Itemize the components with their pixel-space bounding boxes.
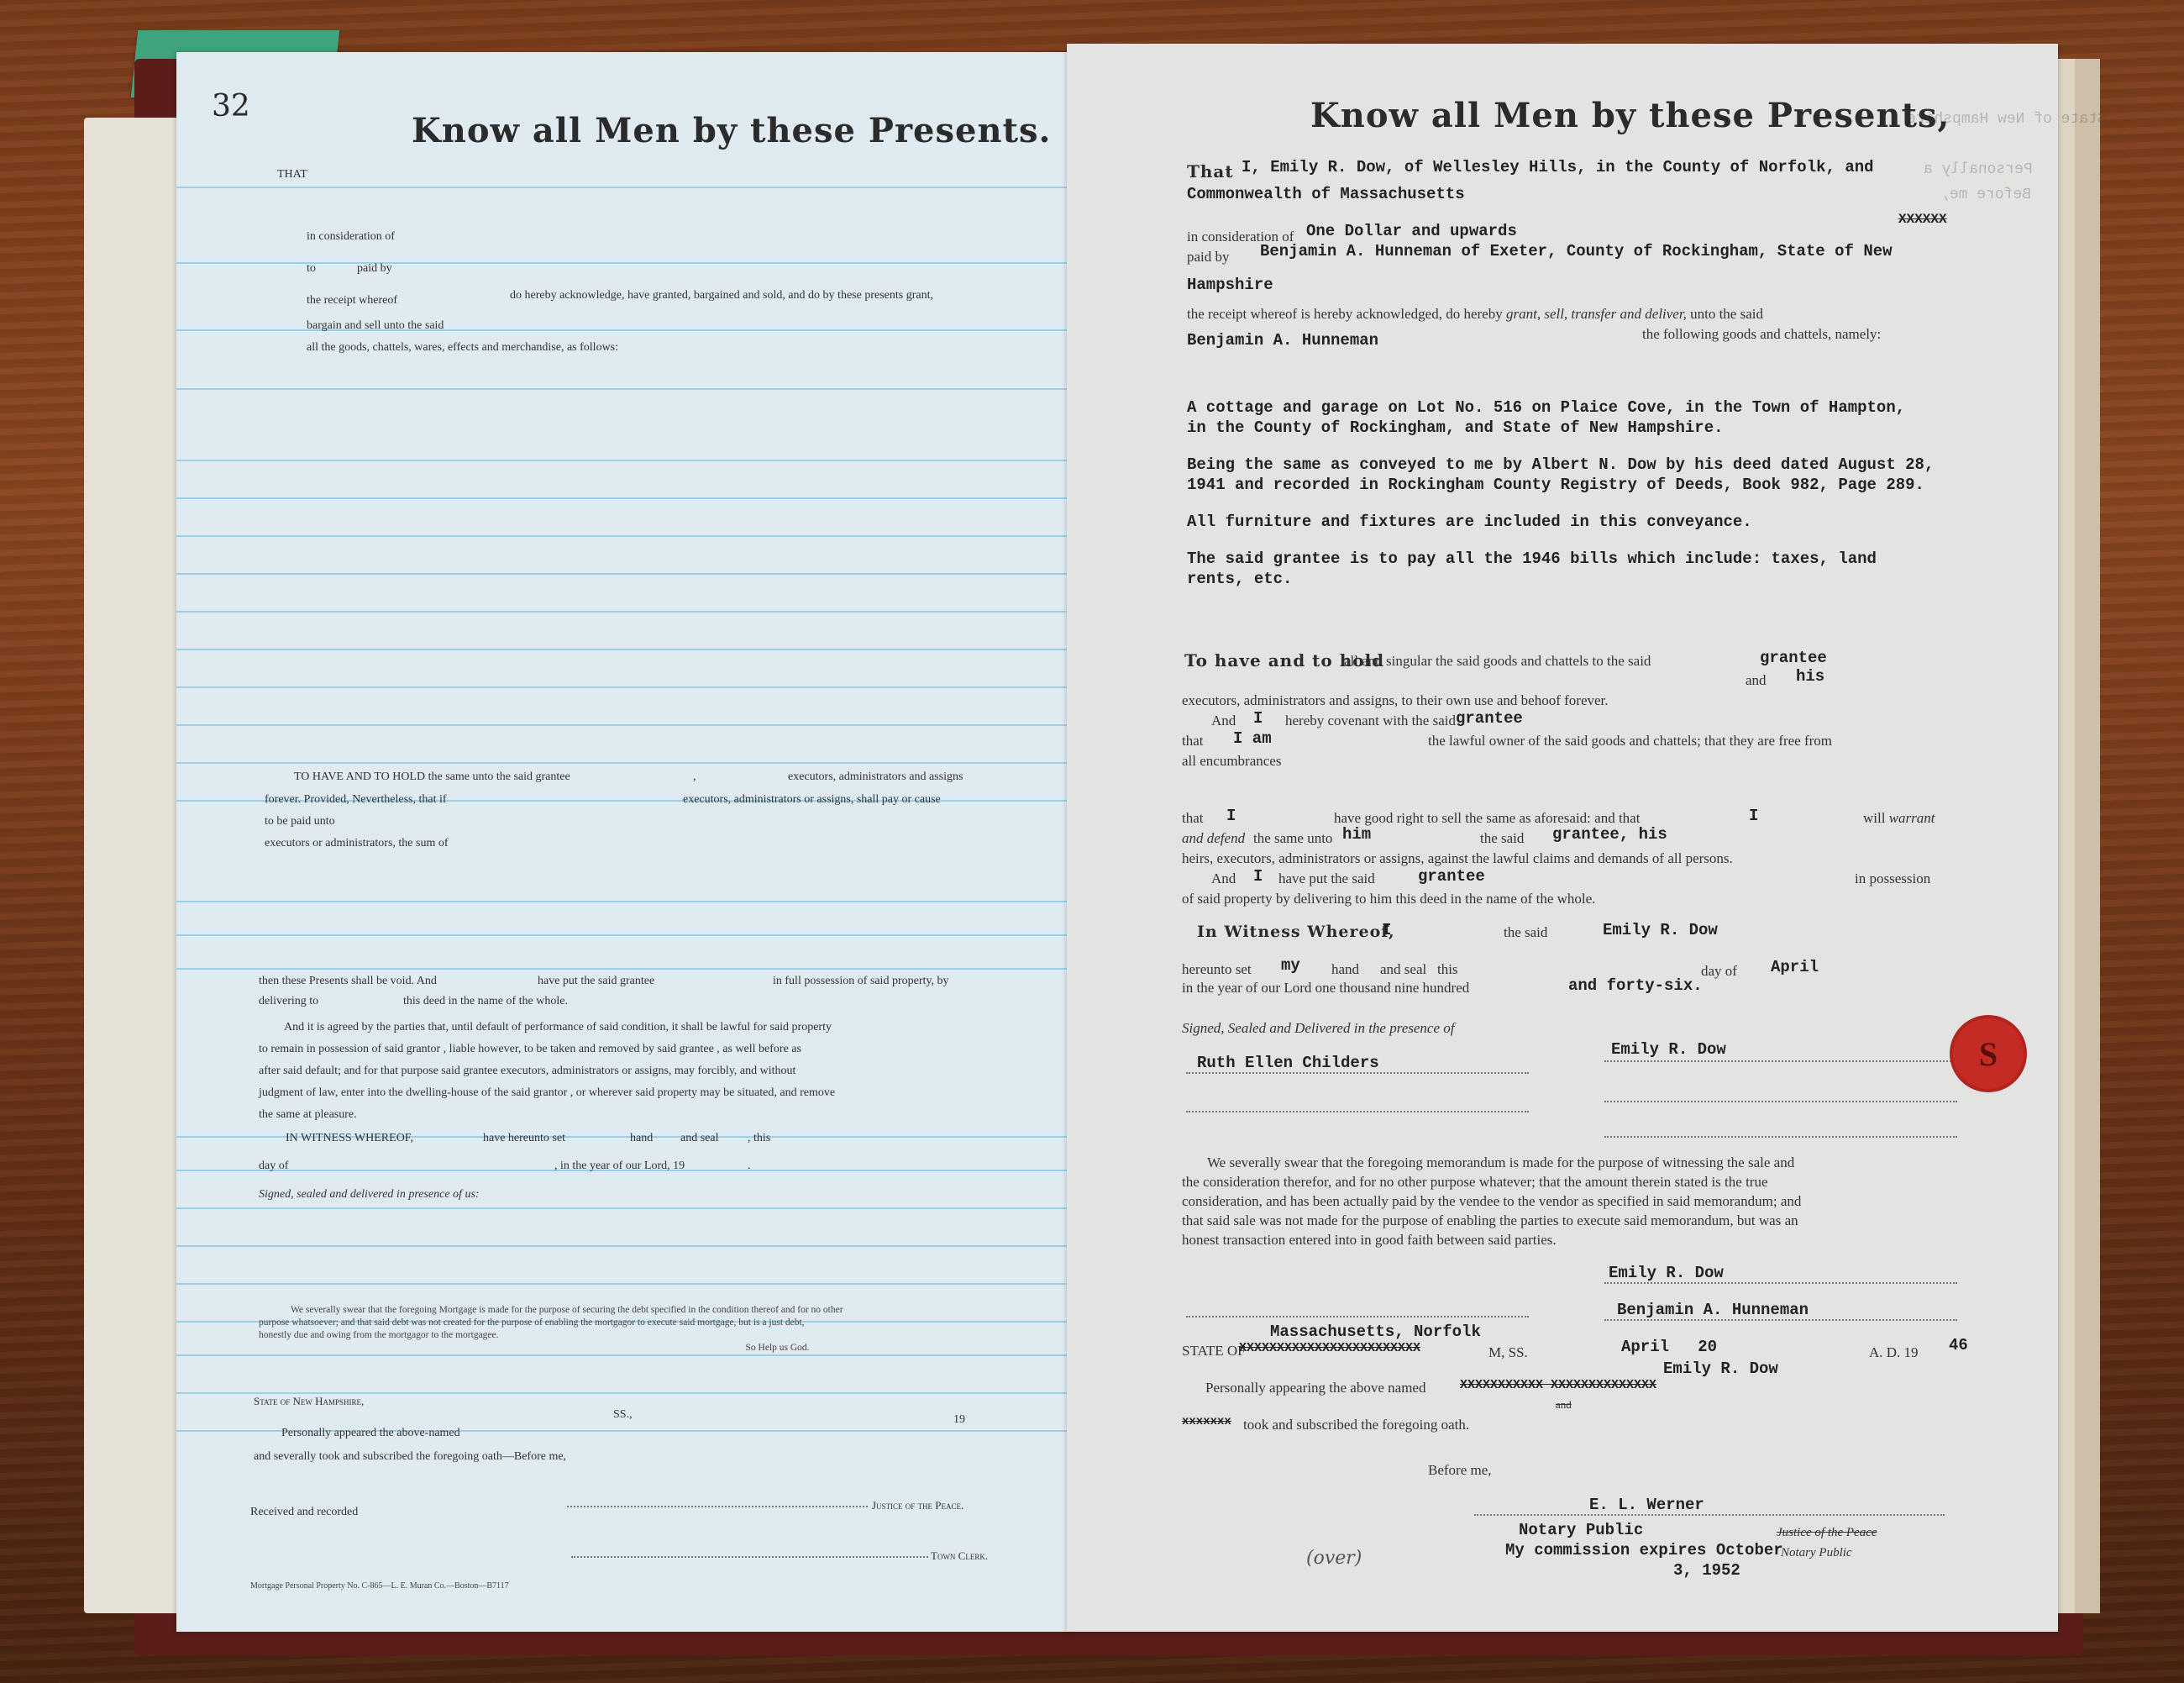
- day-of-text: day of: [259, 1160, 288, 1173]
- notary-public-label: Notary Public: [1781, 1546, 1852, 1560]
- form-number-footer: Mortgage Personal Property No. C-865—L. …: [250, 1581, 509, 1591]
- left-page-mortgage-form: 32 Know all Men by these Presents. THAT …: [176, 52, 1071, 1632]
- period-text: .: [748, 1160, 751, 1173]
- forever-text: executors, administrators and assigns, t…: [1182, 692, 1609, 709]
- ss-label: SS.,: [613, 1408, 633, 1422]
- page-number: 32: [212, 89, 250, 124]
- state-nh-label: State of New Hampshire,: [254, 1395, 364, 1408]
- paid-by-label: paid by: [357, 262, 392, 276]
- town-clerk-label: Town Clerk.: [931, 1549, 988, 1563]
- receipt-tail: unto the said: [1690, 306, 1763, 322]
- ss-label: M, SS.: [1488, 1344, 1528, 1361]
- paid-by-value: Benjamin A. Hunneman of Exeter, County o…: [1260, 242, 1893, 260]
- acknowledge-text: do hereby acknowledge, have granted, bar…: [510, 289, 933, 302]
- struck-state-text: XXXXXXXXXXXXXXXXXXXXXXXX: [1239, 1341, 1420, 1355]
- description-line-5: All furniture and fixtures are included …: [1187, 513, 1752, 531]
- same-unto-text: the same unto: [1253, 830, 1332, 847]
- mortgage-oath: We severally swear that the foregoing Mo…: [259, 1304, 843, 1354]
- commission-date: 3, 1952: [1673, 1561, 1740, 1580]
- year-of-lord-text: , in the year of our Lord, 19: [554, 1160, 685, 1173]
- full-possession-text: in full possession of said property, by: [773, 975, 948, 988]
- left-page-stack: [84, 118, 185, 1613]
- goods-text: all the goods, chattels, wares, effects …: [307, 341, 618, 355]
- commission-expires: My commission expires October: [1505, 1541, 1783, 1559]
- grantor-line-2: Commonwealth of Massachusetts: [1187, 185, 1465, 203]
- in-witness-label: In Witness Whereof,: [1197, 923, 1395, 941]
- hereunto-set-text: have hereunto set: [483, 1132, 565, 1145]
- agreed-line-3: after said default; and for that purpose…: [259, 1060, 1065, 1082]
- to-label: to: [307, 262, 316, 276]
- so-help-text: So Help us God.: [259, 1342, 843, 1354]
- ad-label: A. D. 19: [1869, 1344, 1919, 1361]
- that-label: THAT: [277, 168, 307, 181]
- description-line-2: in the County of Rockingham, and State o…: [1187, 418, 1724, 437]
- year-fill: and forty-six.: [1568, 976, 1703, 995]
- description-line-4: 1941 and recorded in Rockingham County R…: [1187, 476, 1924, 494]
- to-have-text-1a: TO HAVE AND TO HOLD the same unto the sa…: [294, 770, 570, 784]
- agreed-line-2: to remain in possession of said grantor …: [259, 1039, 1065, 1060]
- appearing-name: Emily R. Dow: [1663, 1360, 1778, 1378]
- the-said-text: the said: [1480, 830, 1524, 847]
- that-text: that: [1182, 733, 1204, 749]
- witness-label: IN WITNESS WHEREOF,: [286, 1132, 413, 1145]
- oath-line-3: honestly due and owing from the mortgago…: [259, 1329, 843, 1342]
- right-page-bill-of-sale: State of New Hampshire Personally a Befo…: [1067, 44, 2058, 1632]
- void-text: then these Presents shall be void. And: [259, 975, 437, 988]
- him-fill: him: [1342, 825, 1371, 844]
- agreed-clause: And it is agreed by the parties that, un…: [259, 1017, 1065, 1126]
- grantee-name: Benjamin A. Hunneman: [1187, 331, 1378, 350]
- following-goods-text: the following goods and chattels, namely…: [1642, 326, 1881, 343]
- grantee-fill-3: grantee: [1418, 867, 1485, 886]
- this-text: , this: [748, 1132, 770, 1145]
- grantor-line-1: I, Emily R. Dow, of Wellesley Hills, in …: [1242, 158, 1874, 176]
- witness-grantor-name: Emily R. Dow: [1603, 921, 1718, 939]
- encumbrances-text: all encumbrances: [1182, 753, 1281, 770]
- notary-county: Massachusetts, Norfolk: [1270, 1323, 1481, 1341]
- witness-i-fill: I: [1382, 921, 1391, 939]
- grantee-fill-2: grantee: [1456, 709, 1523, 728]
- memorandum-oath: We severally swear that the foregoing me…: [1182, 1153, 2039, 1249]
- red-wax-seal-icon: S: [1953, 1018, 2024, 1089]
- paid-unto-text: to be paid unto: [265, 815, 335, 828]
- delivering-text: delivering to: [259, 995, 318, 1008]
- good-right-text: have good right to sell the same as afor…: [1334, 810, 1640, 827]
- receipt-italic: grant, sell, transfer and deliver,: [1506, 306, 1687, 322]
- description-line-3: Being the same as conveyed to me by Albe…: [1187, 455, 1934, 474]
- before-me-text: Before me,: [1428, 1462, 1492, 1479]
- to-have-text-1c: executors, administrators and assigns: [788, 770, 963, 784]
- signed-sealed-text: Signed, sealed and delivered in presence…: [259, 1188, 480, 1202]
- receipt-text: the receipt whereof is hereby acknowledg…: [1187, 306, 1503, 322]
- agreed-line-5: the same at pleasure.: [259, 1104, 1065, 1126]
- paid-by-label: paid by: [1187, 249, 1230, 266]
- heirs-text: heirs, executors, administrators or assi…: [1182, 850, 1733, 867]
- hereunto-set-text: hereunto set: [1182, 961, 1252, 978]
- oath-line-5: honest transaction entered into in good …: [1182, 1230, 2039, 1249]
- day-of-text: day of: [1701, 963, 1737, 980]
- struck-justice-label: Justice of the Peace: [1777, 1526, 1877, 1540]
- and-label: And: [1211, 713, 1236, 729]
- month-fill: April: [1771, 958, 1819, 976]
- and-seal-text: and seal: [680, 1132, 718, 1145]
- sum-of-text: executors or administrators, the sum of: [265, 837, 449, 850]
- will-warrant: will warrant: [1863, 810, 1935, 827]
- that-text-2: that: [1182, 810, 1204, 827]
- seal-this-text: and seal this: [1380, 961, 1458, 978]
- witness-signature: Ruth Ellen Childers: [1197, 1054, 1379, 1072]
- oath-signature-1: Emily R. Dow: [1609, 1264, 1724, 1282]
- consideration-label: in consideration of: [307, 230, 395, 244]
- i-fill-1: I: [1253, 709, 1263, 728]
- and-label-2: And: [1211, 870, 1236, 887]
- notary-signature: E. L. Werner: [1589, 1496, 1704, 1514]
- page-title: Know all Men by these Presents.: [412, 111, 1051, 150]
- hand-text: hand: [1331, 961, 1359, 978]
- oath-line-2: the consideration therefor, and for no o…: [1182, 1172, 2039, 1191]
- witness-the-said: the said: [1504, 924, 1547, 941]
- consideration-value: One Dollar and upwards: [1306, 222, 1517, 240]
- struck-and-text: and: [1556, 1398, 1572, 1412]
- his-fill: his: [1796, 667, 1824, 686]
- struck-severally-text: xxxxxxx: [1182, 1415, 1231, 1428]
- defend-text: and defend: [1182, 830, 1245, 847]
- oath-line-2: purpose whatsoever; and that said debt w…: [259, 1317, 843, 1329]
- oath-line-4: that said sale was not made for the purp…: [1182, 1211, 2039, 1230]
- state-of-label: STATE OF: [1182, 1343, 1246, 1360]
- agreed-line-1: And it is agreed by the parties that, un…: [259, 1017, 1065, 1039]
- oath-line-1: We severally swear that the foregoing Mo…: [259, 1304, 843, 1317]
- covenant-text: hereby covenant with the said: [1285, 713, 1456, 729]
- habendum-text: all and singular the said goods and chat…: [1344, 653, 1651, 670]
- pencil-annotation: (over): [1306, 1548, 1362, 1569]
- signed-sealed-delivered-text: Signed, Sealed and Delivered in the pres…: [1182, 1020, 1454, 1037]
- personally-appearing-text: Personally appearing the above named: [1205, 1380, 1425, 1396]
- provided-text: forever. Provided, Nevertheless, that if: [265, 793, 447, 807]
- put-grantee-text: have put the said grantee: [538, 975, 654, 988]
- my-fill: my: [1281, 956, 1300, 975]
- bargain-text: bargain and sell unto the said: [307, 319, 444, 333]
- in-possession-text: in possession: [1855, 870, 1930, 887]
- and-text: and: [1746, 672, 1767, 689]
- bleed-through-text-2: Personally a: [1924, 161, 2033, 178]
- warrant-text: warrant: [1889, 810, 1935, 826]
- i-fill-4: I: [1253, 867, 1263, 886]
- receipt-line: the receipt whereof is hereby acknowledg…: [1187, 306, 1763, 323]
- put-said-text: have put the said: [1278, 870, 1375, 887]
- i-am-fill: I am: [1233, 729, 1272, 748]
- i-fill-3: I: [1749, 807, 1758, 825]
- grantee-fill: grantee: [1760, 649, 1827, 667]
- page-title: Know all Men by these Presents,: [1310, 96, 1950, 135]
- grantee-his-fill: grantee, his: [1552, 825, 1667, 844]
- struck-out-text: XXXXXX: [1898, 212, 1947, 227]
- grantor-signature: Emily R. Dow: [1611, 1040, 1726, 1059]
- notary-title: Notary Public: [1519, 1521, 1643, 1539]
- pay-cause-text: executors, administrators or assigns, sh…: [683, 793, 941, 807]
- description-line-6: The said grantee is to pay all the 1946 …: [1187, 550, 1877, 568]
- year-of-lord-text: in the year of our Lord one thousand nin…: [1182, 980, 1469, 997]
- oath-line-1: We severally swear that the foregoing me…: [1182, 1153, 2039, 1172]
- took-oath-text: took and subscribed the foregoing oath.: [1243, 1417, 1469, 1433]
- that-label: That: [1187, 161, 1234, 181]
- i-fill-2: I: [1226, 807, 1236, 825]
- justice-peace-label: Justice of the Peace.: [872, 1499, 963, 1512]
- year-19-label: 19: [953, 1413, 965, 1427]
- hand-text: hand: [630, 1132, 653, 1145]
- deed-text: this deed in the name of the whole.: [403, 995, 568, 1008]
- seal-glyph: S: [1979, 1034, 1998, 1074]
- received-recorded-text: Received and recorded: [250, 1506, 358, 1519]
- delivering-deed-text: of said property by delivering to him th…: [1182, 891, 1595, 907]
- receipt-label: the receipt whereof: [307, 294, 397, 308]
- lawful-owner-text: the lawful owner of the said goods and c…: [1428, 733, 1832, 749]
- struck-names-text: XXXXXXXXXXX XXXXXXXXXXXXXX: [1460, 1378, 1656, 1392]
- to-have-comma: ,: [693, 770, 696, 784]
- paid-by-value-cont: Hampshire: [1187, 276, 1273, 294]
- agreed-line-4: judgment of law, enter into the dwelling…: [259, 1082, 1065, 1104]
- description-line-7: rents, etc.: [1187, 570, 1292, 588]
- oath-signature-2: Benjamin A. Hunneman: [1617, 1301, 1809, 1319]
- oath-line-3: consideration, and has been actually pai…: [1182, 1191, 2039, 1211]
- personally-appeared-text: Personally appeared the above-named: [281, 1427, 460, 1440]
- will-text: will: [1863, 810, 1885, 826]
- notary-date: April 20: [1621, 1338, 1717, 1356]
- description-line-1: A cottage and garage on Lot No. 516 on P…: [1187, 398, 1905, 417]
- bleed-through-text-3: Before me,: [1940, 187, 2031, 203]
- ad-year-fill: 46: [1949, 1336, 1968, 1354]
- foregoing-oath-text: and severally took and subscribed the fo…: [254, 1450, 566, 1464]
